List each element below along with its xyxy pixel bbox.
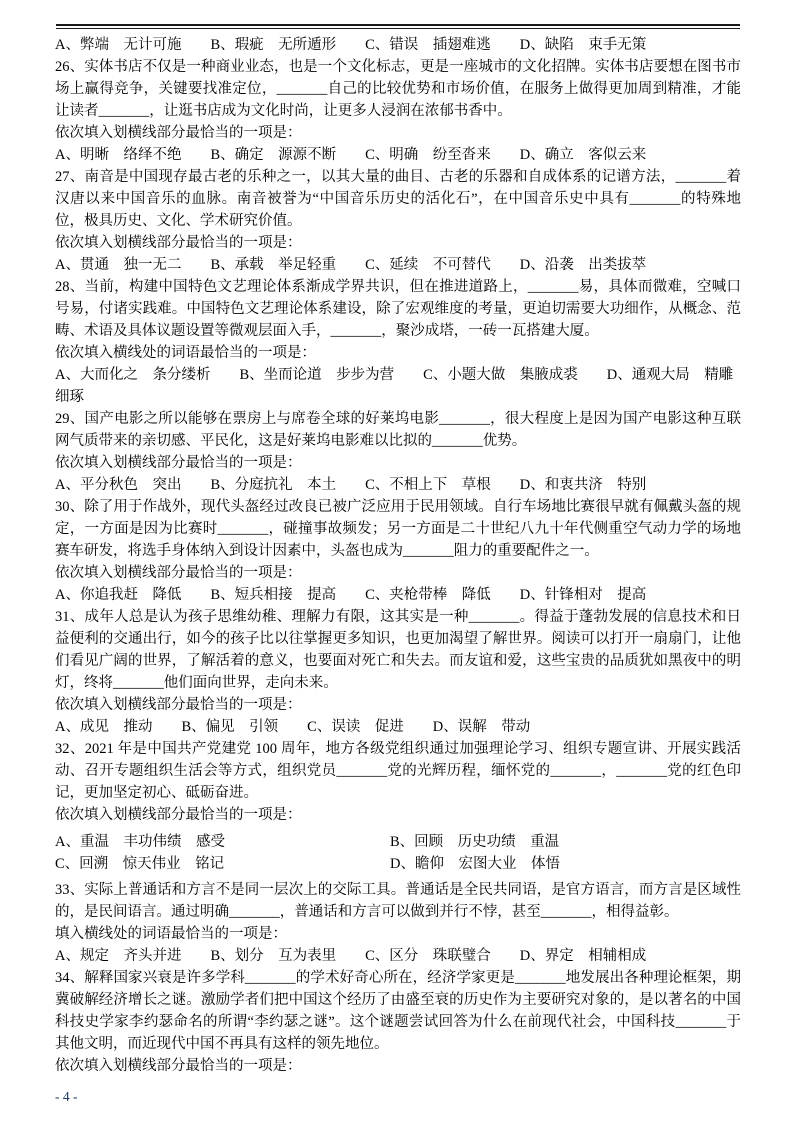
q32-options-row-2: C、回溯 惊天伟业 铭记 D、瞻仰 宏图大业 体悟	[55, 853, 741, 875]
q28-options-line: A、大而化之 条分缕析 B、坐而论道 步步为营 C、小题大做 集腋成裘 D、通观…	[55, 364, 741, 408]
q26-stem: 26、实体书店不仅是一种商业业态，也是一个文化标志，更是一座城市的文化招牌。实体…	[55, 56, 741, 122]
question-30: 30、除了用于作战外，现代头盔经过改良已被广泛应用于民用领域。自行车场地比赛很早…	[55, 496, 741, 606]
q30-prompt: 依次填入划横线部分最恰当的一项是：	[55, 562, 741, 584]
q32-option-b: B、回顾 历史功绩 重温	[390, 831, 559, 853]
q29-prompt: 依次填入划横线部分最恰当的一项是：	[55, 452, 741, 474]
q32-options-row-1: A、重温 丰功伟绩 感受 B、回顾 历史功绩 重温	[55, 831, 741, 853]
q25-options-line: A、弊端 无计可施 B、瑕疵 无所遁形 C、错误 插翅难逃 D、缺陷 束手无策	[55, 34, 741, 56]
question-33: 33、实际上普通话和方言不是同一层次上的交际工具。普通话是全民共同语，是官方语言…	[55, 879, 741, 967]
q32-options-grid: A、重温 丰功伟绩 感受 B、回顾 历史功绩 重温 C、回溯 惊天伟业 铭记 D…	[55, 831, 741, 875]
question-31: 31、成年人总是认为孩子思维幼稚、理解力有限，这其实是一种_______。得益于…	[55, 606, 741, 738]
header-double-rule	[56, 24, 740, 29]
q29-options-line: A、平分秋色 突出 B、分庭抗礼 本土 C、不相上下 草根 D、和衷共济 特别	[55, 474, 741, 496]
question-34: 34、解释国家兴衰是许多学科_______的学术好奇心所在，经济学家更是____…	[55, 967, 741, 1077]
q27-options-line: A、贯通 独一无二 B、承载 举足轻重 C、延续 不可替代 D、沿袭 出类拔萃	[55, 254, 741, 276]
q33-stem: 33、实际上普通话和方言不是同一层次上的交际工具。普通话是全民共同语，是官方语言…	[55, 879, 741, 923]
question-29: 29、国产电影之所以能够在票房上与席卷全球的好莱坞电影_______，很大程度上…	[55, 408, 741, 496]
q31-options-line: A、成见 推动 B、偏见 引领 C、误读 促进 D、误解 带动	[55, 716, 741, 738]
q31-prompt: 依次填入划横线部分最恰当的一项是：	[55, 694, 741, 716]
q28-stem: 28、当前，构建中国特色文艺理论体系渐成学界共识，但在推进道路上，_______…	[55, 276, 741, 342]
question-32: 32、2021 年是中国共产党建党 100 周年，地方各级党组织通过加强理论学习…	[55, 738, 741, 875]
q29-stem: 29、国产电影之所以能够在票房上与席卷全球的好莱坞电影_______，很大程度上…	[55, 408, 741, 452]
question-28: 28、当前，构建中国特色文艺理论体系渐成学界共识，但在推进道路上，_______…	[55, 276, 741, 408]
q27-prompt: 依次填入划横线部分最恰当的一项是：	[55, 232, 741, 254]
q32-option-a: A、重温 丰功伟绩 感受	[55, 831, 390, 853]
q33-options-line: A、规定 齐头并进 B、划分 互为表里 C、区分 珠联璧合 D、界定 相辅相成	[55, 945, 741, 967]
question-26: 26、实体书店不仅是一种商业业态，也是一个文化标志，更是一座城市的文化招牌。实体…	[55, 56, 741, 166]
q30-stem: 30、除了用于作战外，现代头盔经过改良已被广泛应用于民用领域。自行车场地比赛很早…	[55, 496, 741, 562]
q33-prompt: 填入横线处的词语最恰当的一项是：	[55, 923, 741, 945]
document-page: A、弊端 无计可施 B、瑕疵 无所遁形 C、错误 插翅难逃 D、缺陷 束手无策 …	[0, 0, 793, 1122]
page-content: A、弊端 无计可施 B、瑕疵 无所遁形 C、错误 插翅难逃 D、缺陷 束手无策 …	[55, 34, 741, 1077]
page-number: - 4 -	[55, 1088, 78, 1106]
q26-options-line: A、明晰 络绎不绝 B、确定 源源不断 C、明确 纷至沓来 D、确立 客似云来	[55, 144, 741, 166]
q26-prompt: 依次填入划横线部分最恰当的一项是：	[55, 122, 741, 144]
q32-option-c: C、回溯 惊天伟业 铭记	[55, 853, 390, 875]
q32-option-d: D、瞻仰 宏图大业 体悟	[390, 853, 560, 875]
q31-stem: 31、成年人总是认为孩子思维幼稚、理解力有限，这其实是一种_______。得益于…	[55, 606, 741, 694]
q32-prompt: 依次填入划横线部分最恰当的一项是：	[55, 804, 741, 826]
q32-stem: 32、2021 年是中国共产党建党 100 周年，地方各级党组织通过加强理论学习…	[55, 738, 741, 804]
q28-prompt: 依次填入横线处的词语最恰当的一项是：	[55, 342, 741, 364]
q34-prompt: 依次填入划横线部分最恰当的一项是：	[55, 1055, 741, 1077]
q27-stem: 27、南音是中国现存最古老的乐种之一，以其大量的曲目、古老的乐器和自成体系的记谱…	[55, 166, 741, 232]
q34-stem: 34、解释国家兴衰是许多学科_______的学术好奇心所在，经济学家更是____…	[55, 967, 741, 1055]
question-27: 27、南音是中国现存最古老的乐种之一，以其大量的曲目、古老的乐器和自成体系的记谱…	[55, 166, 741, 276]
q30-options-line: A、你追我赶 降低 B、短兵相接 提高 C、夹枪带棒 降低 D、针锋相对 提高	[55, 584, 741, 606]
